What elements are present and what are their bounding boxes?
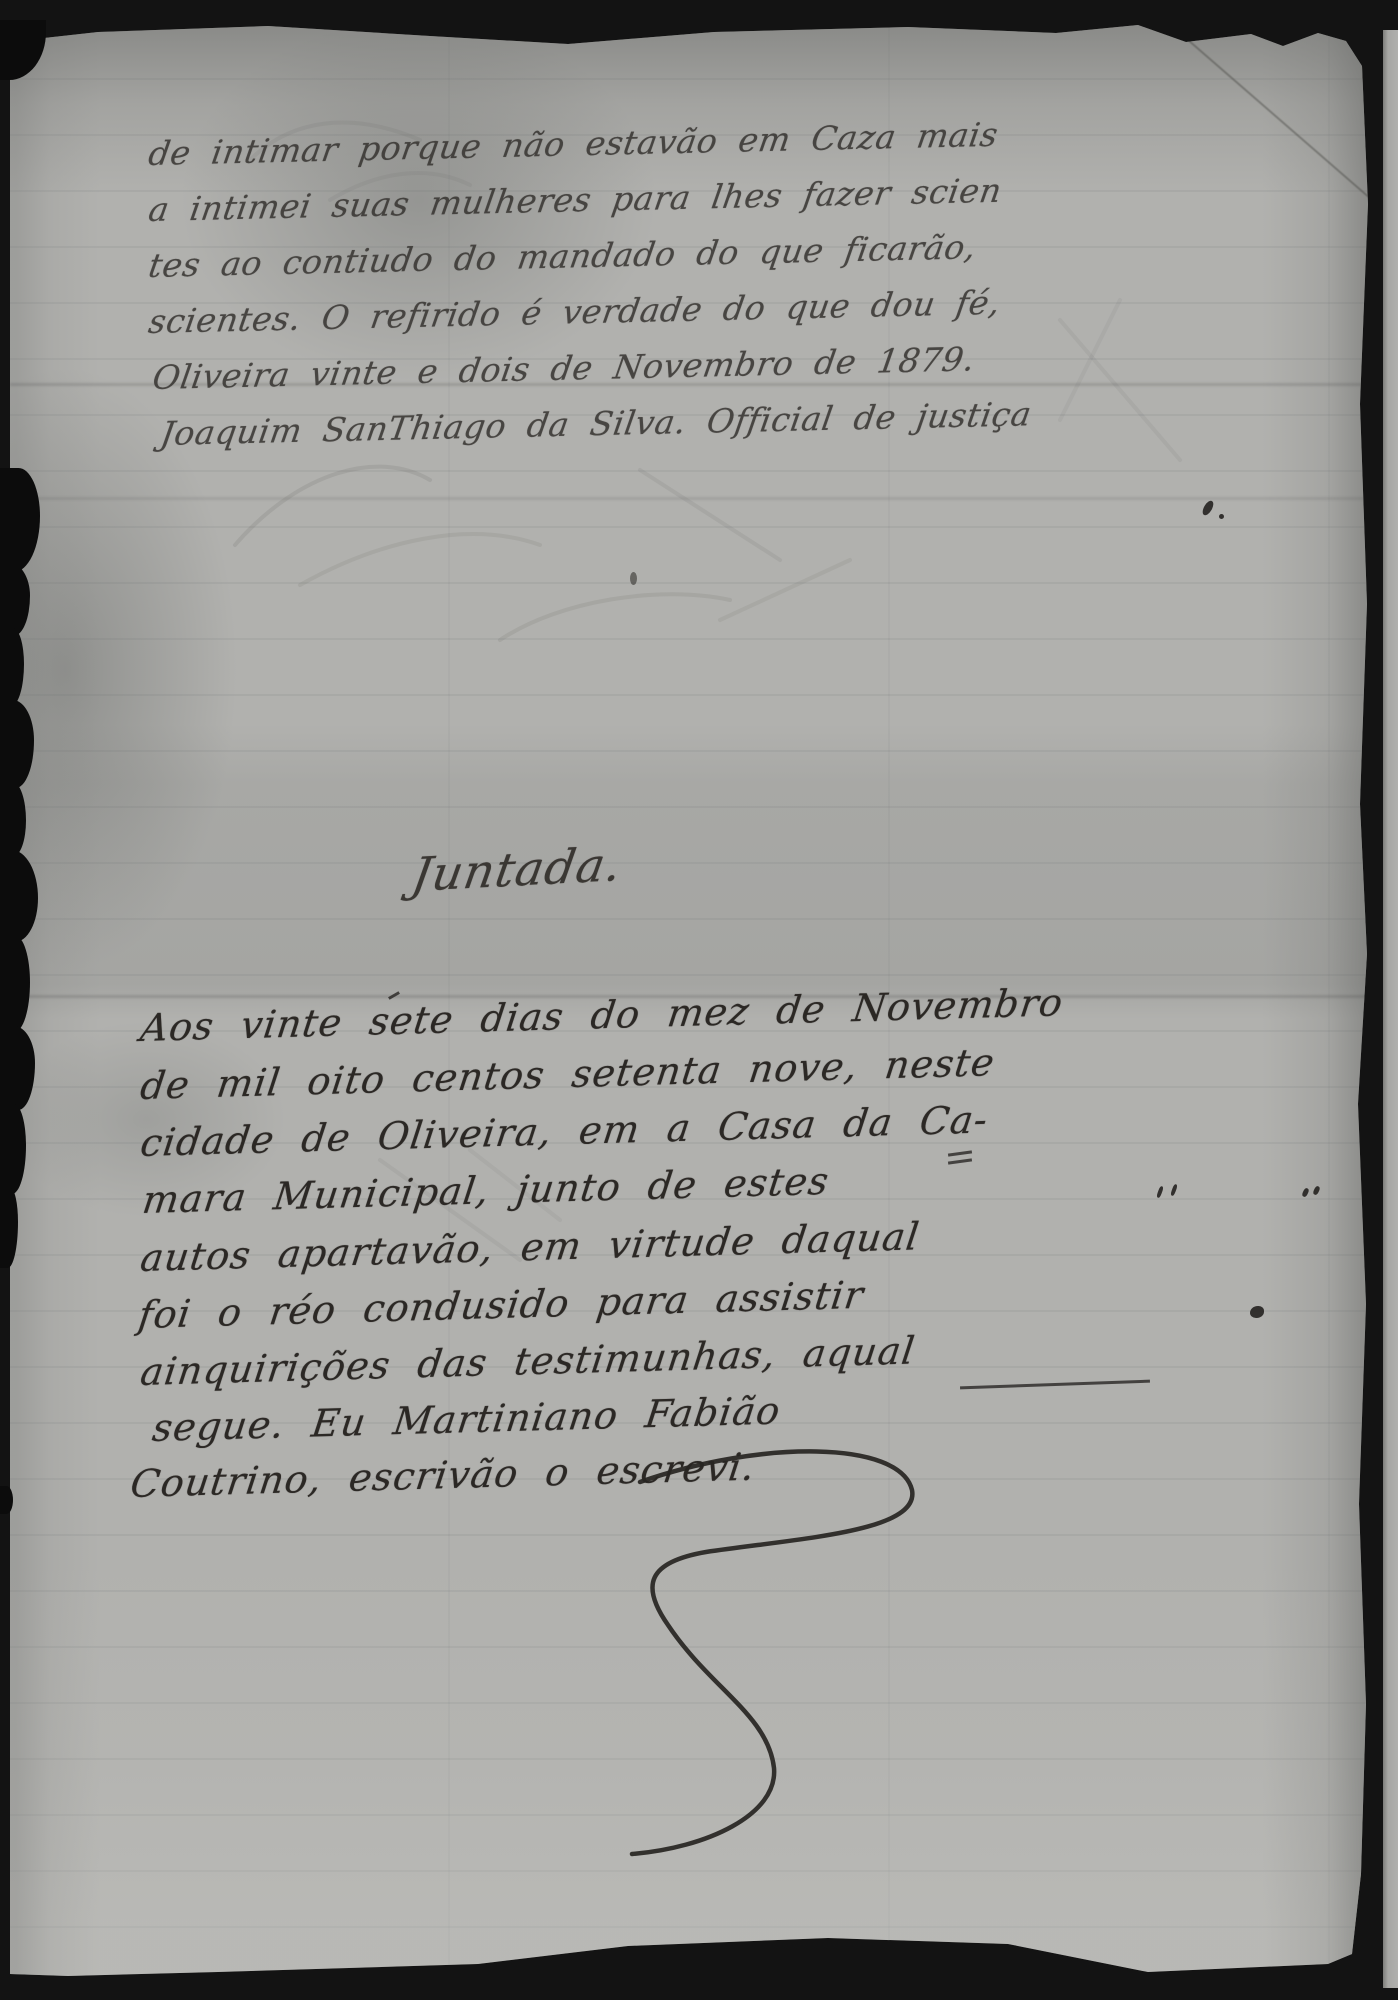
ink-spot [1219,514,1224,519]
left-edge-damage [0,1486,13,1514]
photographed-manuscript: de intimar porque não estavão em Caza ma… [0,0,1398,2000]
left-edge-damage [0,782,26,856]
ink-spot [630,572,637,585]
pen-flourish-rubric [0,0,1398,2000]
